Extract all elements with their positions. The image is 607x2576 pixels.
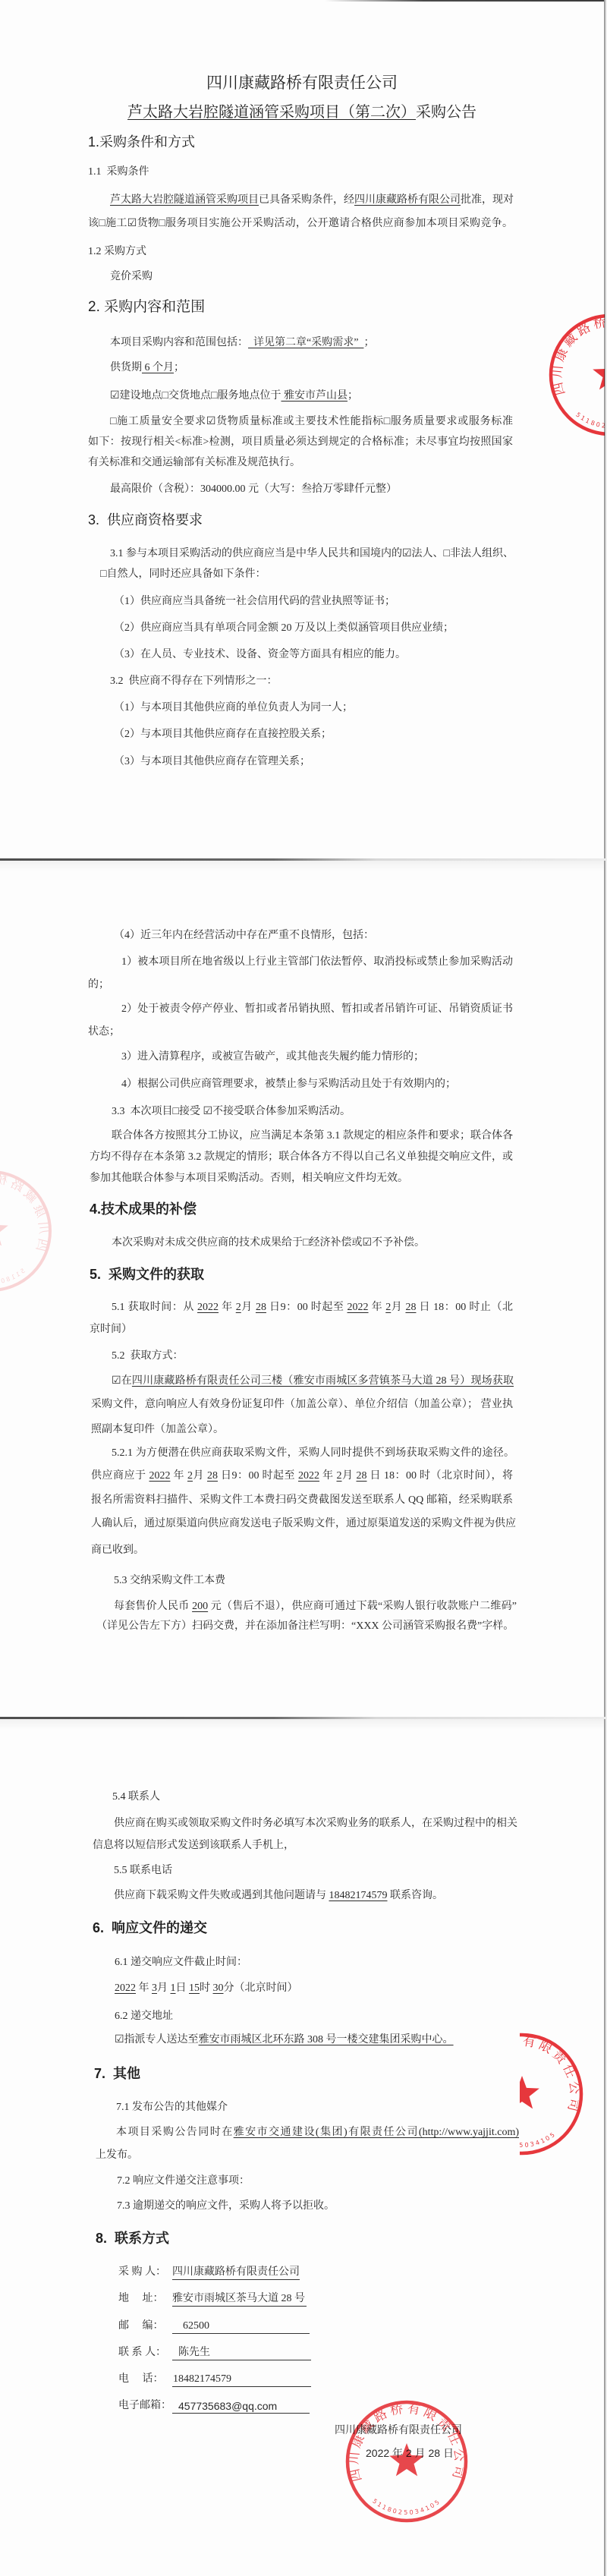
- paragraph-line: □自然人，同时还应具备如下条件：: [100, 568, 266, 581]
- paragraph-line: 人确认后，通过原渠道向供应商发送电子版采购文件，通过原渠道发送的采购文件视为供应: [91, 1517, 513, 1531]
- list-item: （2）供应商应当具有单项合同金额 20 万及以上类似涵管项目供应业绩；: [114, 622, 454, 635]
- text: 日: [176, 1982, 190, 1994]
- location-value: 雅安市芦山县: [281, 390, 348, 402]
- submission-address: 雅安市雨城区北环东路 308 号一楼交建集团采购中心。: [199, 2034, 454, 2045]
- deadline-line: 2022 年 3月 1日 15时 30分（北京时间）: [115, 1982, 298, 1995]
- supply-period-line: 供货期 6 个月；: [110, 361, 184, 375]
- contact-phone-line: 供应商下载采购文件失败或遇到其他问题请与 18482174579 联系咨询。: [114, 1889, 443, 1903]
- list-item: （4）近三年内在经营活动中存在严重不良情形，包括：: [114, 929, 374, 943]
- text: 时: [200, 1982, 213, 1994]
- contact-value-person: 陈先生: [172, 2346, 311, 2360]
- remote-acquisition-time-line: 供应商应于 2022 年 2月 28 日9：00 时起至 2022 年 2月 2…: [91, 1469, 513, 1483]
- deadline-day: 1: [171, 1982, 176, 1994]
- text: 年: [171, 1470, 188, 1482]
- star-icon: [593, 357, 605, 389]
- text: ☑指派专人送达至: [115, 2034, 199, 2045]
- date-year: 2022: [298, 1470, 319, 1482]
- subsection-title-5-3: 5.3 交纳采购文件工本费: [114, 1574, 225, 1588]
- date-year: 2022: [197, 1302, 219, 1313]
- paragraph-line: 芦太路大岩腔隧道涵管采购项目已具备采购条件，经四川康藏路桥有限公司批准，现对: [110, 194, 513, 207]
- text: ☑在: [112, 1375, 132, 1387]
- date-day: 28: [357, 1470, 367, 1482]
- sub-list-item-cont: 状态；: [88, 1025, 120, 1039]
- star-icon: [0, 1213, 8, 1245]
- subsection-title-5-5: 5.5 联系电话: [114, 1864, 172, 1878]
- text: 年: [136, 1982, 152, 1994]
- paragraph-line: 商已收到。: [91, 1544, 144, 1557]
- acquisition-location: 四川康藏路桥有限责任公司三楼（雅安市雨城区多营镇茶马大道 28 号）现场获取: [132, 1375, 514, 1387]
- paragraph-line: 参加其他联合体参与本项目采购活动。否则，相关响应文件均无效。: [90, 1172, 408, 1186]
- text: ☑建设地点□交货地点□服务地点位于: [110, 390, 281, 402]
- contact-value-address: 雅安市雨城区茶马大道 28 号: [172, 2292, 307, 2307]
- company-title: 四川康藏路桥有限责任公司: [0, 74, 604, 93]
- text: 月: [241, 1302, 256, 1313]
- date-year: 2022: [149, 1470, 171, 1482]
- text: 供应商应于: [91, 1470, 149, 1482]
- project-name: 芦太路大岩腔隧道涵管采购项目（第二次）: [127, 104, 416, 121]
- contact-label-purchaser: 采 购 人：: [118, 2266, 166, 2279]
- sub-list-item: 1）被本项目所在地省级以上行业主管部门依法暂停、取消投标或禁止参加采购活动: [121, 956, 513, 969]
- subsection-title-5-4: 5.4 联系人: [112, 1790, 160, 1804]
- text: 分（北京时间）: [224, 1982, 298, 1994]
- scope-value: 详见第二章“采购需求”: [248, 337, 363, 348]
- paragraph-line: 供应商在购买或领取采购文件时务必填写本次采购业务的联系人，在采购过程中的相关: [114, 1817, 505, 1831]
- submission-address-line: ☑指派专人送达至雅安市雨城区北环东路 308 号一楼交建集团采购中心。: [115, 2033, 454, 2047]
- deadline-month: 3: [152, 1982, 157, 1994]
- contact-label-phone: 电 话：: [118, 2373, 164, 2386]
- paragraph-line: 信息将以短信形式发送到该联系人手机上，: [93, 1839, 294, 1853]
- text: 5.1 获取时间：从: [112, 1302, 197, 1313]
- date-day: 28: [256, 1302, 266, 1313]
- list-item: （2）与本项目其他供应商存在直接控股关系；: [114, 728, 332, 742]
- text: 日9：00 时起至: [266, 1302, 348, 1313]
- compensation-line: 本次采购对未成交供应商的技术成果给于□经济补偿或☑不予补偿。: [112, 1236, 425, 1250]
- subsection-title-7-1: 7.1 发布公告的其他媒介: [116, 2101, 228, 2115]
- date-year: 2022: [348, 1302, 369, 1313]
- sub-list-item-cont: 的；: [88, 978, 109, 992]
- text: 日 18：00 时（北京时间），将: [367, 1470, 514, 1482]
- text: 供应商下载采购文件失败或遇到其他问题请与: [114, 1890, 329, 1901]
- bleed-through-seal: 四川康藏路桥有限责任公司 5118025034105: [0, 1163, 53, 1299]
- section-heading-7: 7. 其他: [94, 2064, 140, 2083]
- subsection-title-5-2: 5.2 获取方式：: [112, 1349, 184, 1363]
- subsection-title-6-1: 6.1 递交响应文件截止时间：: [115, 1956, 247, 1970]
- procurement-method: 竞价采购: [110, 270, 153, 284]
- seal-stamp: 四川康藏路桥有限责任公司 5118025034105: [542, 307, 605, 443]
- quality-line: 如下：按现行相关<标准>检测，项目质量必须达到规定的合格标准；未尽事宜均按照国家: [88, 436, 513, 449]
- text: 月: [391, 1302, 405, 1313]
- max-price: 最高限价（含税）：304000.00 元（大写：叁拾万零肆仟元整）: [110, 483, 397, 496]
- seal-name: 四川康藏路桥有限责任公司: [346, 2401, 467, 2483]
- phone-number: 18482174579: [329, 1890, 388, 1901]
- publication-media-line: 本项目采购公告同时在雅安市交通建设(集团)有限责任公司(http://www.y…: [116, 2126, 519, 2140]
- section-heading-8: 8. 联系方式: [96, 2229, 169, 2247]
- seal-stamp: 四川康藏路桥有限责任公司 5118025034105: [520, 2026, 590, 2162]
- deadline-minute: 30: [213, 1982, 224, 1994]
- date-month: 2: [187, 1470, 193, 1482]
- seal-stamp: 四川康藏路桥有限责任公司 5118025034105: [0, 1163, 53, 1299]
- sub-list-item: 2）处于被责令停产停业、暂扣或者吊销执照、暂扣或者吊销许可证、吊销资质证书: [121, 1003, 513, 1016]
- contact-value-phone: 18482174579: [172, 2373, 311, 2387]
- text: 年: [369, 1302, 386, 1313]
- section-heading-4: 4.技术成果的补偿: [90, 1200, 197, 1218]
- seal-name: 四川康藏路桥有限责任公司: [0, 1170, 52, 1252]
- date-day: 28: [405, 1302, 416, 1313]
- scope-line: 本项目采购内容和范围包括： 详见第二章“采购需求” ；: [110, 336, 374, 350]
- list-item: （1）与本项目其他供应商的单位负责人为同一人；: [114, 701, 353, 715]
- contact-label-person: 联 系 人：: [118, 2346, 166, 2360]
- text: 本项目采购内容和范围包括：: [110, 337, 248, 348]
- deadline-hour: 15: [189, 1982, 200, 1994]
- subsection-title-3-2: 3.2 供应商不得存在下列情形之一：: [110, 675, 278, 688]
- deadline-year: 2022: [115, 1982, 136, 1994]
- text: 批准，现对: [461, 194, 514, 206]
- text: 已具备采购条件，经: [259, 194, 354, 206]
- star-icon: [520, 2076, 539, 2108]
- list-item: （3）与本项目其他供应商存在管理关系；: [114, 755, 310, 769]
- text: 日 18：00 时止（北: [416, 1302, 513, 1313]
- list-item: （1）供应商应当具备统一社会信用代码的营业执照等证书；: [114, 595, 395, 609]
- paragraph-line: 照副本复印件（加盖公章）。: [91, 1423, 224, 1437]
- paragraph-line: 报名所需资料扫描件、采购文件工本费扫码交费截图发送至联系人 QQ 邮箱，经采购联…: [91, 1494, 513, 1507]
- contact-value-email: 457735683@qq.com: [172, 2399, 310, 2414]
- subsection-title-1-1: 1.1 采购条件: [88, 165, 149, 179]
- text: 年: [219, 1302, 236, 1313]
- subsection-title-7-3: 7.3 逾期递交的响应文件，采购人将予以拒收。: [117, 2200, 335, 2213]
- star-icon: [389, 2443, 424, 2476]
- quality-line: 有关标准和交通运输部有关标准及规范执行。: [88, 456, 300, 470]
- checkbox-line: 该□施工☑货物□服务项目实施公开采购活动，公开邀请合格供应商参加本项目采购竞争。: [88, 217, 513, 231]
- text: 年: [319, 1470, 337, 1482]
- title-suffix: 采购公告: [416, 104, 476, 121]
- paragraph-line: 5.2.1 为方便潜在供应商获取采购文件，采购人同时提供不到场获取采购文件的途径…: [112, 1447, 514, 1460]
- official-seal: 四川康藏路桥有限责任公司 5118025034105: [338, 2393, 475, 2530]
- acquisition-time-line: 5.1 获取时间：从 2022 年 2月 28 日9：00 时起至 2022 年…: [112, 1301, 513, 1315]
- contact-label-email: 电子邮箱：: [118, 2399, 171, 2413]
- supply-period-value: 6 个月: [142, 362, 174, 373]
- paragraph-line: 3.1 参与本项目采购活动的供应商应当是中华人民共和国境内的☑法人、□非法人组织…: [110, 547, 513, 561]
- date-month: 2: [337, 1470, 342, 1482]
- paragraph-line: （详见公告左下方）扫码交费，并在添加备注栏写明：“XXX 公司涵管采购报名费”字…: [96, 1620, 513, 1633]
- paragraph-line: 上发布。: [96, 2149, 138, 2162]
- paragraph-line: 方均不得存在本条第 3.2 款规定的情形；联合体各方不得以自己名义单独提交响应文…: [90, 1151, 513, 1164]
- text: 本项目采购公告同时在: [116, 2127, 234, 2138]
- subsection-title-1-2: 1.2 采购方式: [88, 245, 146, 259]
- date-month: 2: [236, 1302, 241, 1313]
- seam-seal-page1: 四川康藏路桥有限责任公司 5118025034105: [542, 307, 605, 443]
- text: ；: [348, 390, 358, 402]
- section-heading-5: 5. 采购文件的获取: [90, 1265, 204, 1283]
- date-day: 28: [207, 1470, 218, 1482]
- seam-seal-page3: 四川康藏路桥有限责任公司 5118025034105: [520, 2026, 604, 2162]
- paragraph-line: 联合体各方按照其分工协议，应当满足本条第 3.1 款规定的相应条件和要求；联合体…: [112, 1129, 513, 1143]
- contact-label-postcode: 邮 编：: [118, 2319, 164, 2333]
- paragraph-line: 采购文件，意向响应人有效身份证复印件（加盖公章）、单位介绍信（加盖公章）； 营业…: [91, 1398, 513, 1412]
- text: 日9：00 时起至: [218, 1470, 298, 1482]
- text: ；: [363, 337, 374, 348]
- text: 月: [193, 1470, 207, 1482]
- contact-value-postcode: 62500: [172, 2319, 310, 2334]
- section-heading-3: 3. 供应商资格要求: [88, 511, 203, 529]
- fee-amount: 200: [192, 1601, 208, 1612]
- quality-line: □施工质量安全要求☑货物质量标准或主要技术性能指标□服务质量要求或服务标准: [110, 415, 513, 429]
- text: ；: [174, 362, 184, 373]
- contact-label-address: 地 址：: [118, 2292, 164, 2306]
- text: 月: [157, 1982, 171, 1994]
- consortium-option: 3.3 本次项目□接受 ☑不接受联合体参加采购活动。: [112, 1105, 351, 1119]
- page-shade-2: [0, 861, 604, 871]
- subsection-title-6-2: 6.2 递交地址: [115, 2010, 173, 2023]
- company-ref: 四川康藏路桥有限公司: [354, 194, 461, 206]
- project-title: 芦太路大岩腔隧道涵管采购项目（第二次）采购公告: [0, 102, 604, 122]
- text: 每套售价人民币: [114, 1601, 192, 1612]
- sub-list-item: 4）根据公司供应商管理要求，被禁止参与采购活动且处于有效期内的；: [121, 1078, 456, 1091]
- location-line: ☑建设地点□交货地点□服务地点位于 雅安市芦山县；: [110, 389, 358, 403]
- subsection-title-7-2: 7.2 响应文件递交注意事项：: [117, 2174, 250, 2188]
- publication-site: 雅安市交通建设(集团)有限责任公司(http://www.yajjit.com): [234, 2127, 519, 2138]
- acquisition-method-line: ☑在四川康藏路桥有限责任公司三楼（雅安市雨城区多营镇茶马大道 28 号）现场获取: [112, 1375, 514, 1388]
- section-heading-1: 1.采购条件和方式: [88, 133, 195, 151]
- list-item: （3）在人员、专业技术、设备、资金等方面具有相应的能力。: [114, 648, 406, 662]
- project-name-ref: 芦太路大岩腔隧道涵管采购项目: [110, 194, 259, 206]
- text: 供货期: [110, 362, 142, 373]
- seal-name: 四川康藏路桥有限责任公司: [549, 314, 605, 396]
- section-heading-6: 6. 响应文件的递交: [93, 1919, 207, 1937]
- section-heading-2: 2. 采购内容和范围: [88, 298, 205, 316]
- page-top-edge: [325, 0, 607, 2]
- contact-value-purchaser: 四川康藏路桥有限责任公司: [172, 2266, 300, 2280]
- text: 联系咨询。: [388, 1890, 444, 1901]
- paragraph-line: 京时间）: [90, 1323, 132, 1337]
- scanned-document: 四川康藏路桥有限责任公司 芦太路大岩腔隧道涵管采购项目（第二次）采购公告 1.采…: [0, 0, 607, 2576]
- text: 元（售后不退），供应商可通过下载“采购人银行收款账户二维码”: [208, 1601, 517, 1612]
- sub-list-item: 3）进入清算程序，或被宣告破产，或其他丧失履约能力情形的；: [121, 1050, 424, 1064]
- fee-line: 每套售价人民币 200 元（售后不退），供应商可通过下载“采购人银行收款账户二维…: [114, 1600, 517, 1614]
- page-shade-3: [0, 1719, 604, 1730]
- text: 月: [342, 1470, 357, 1482]
